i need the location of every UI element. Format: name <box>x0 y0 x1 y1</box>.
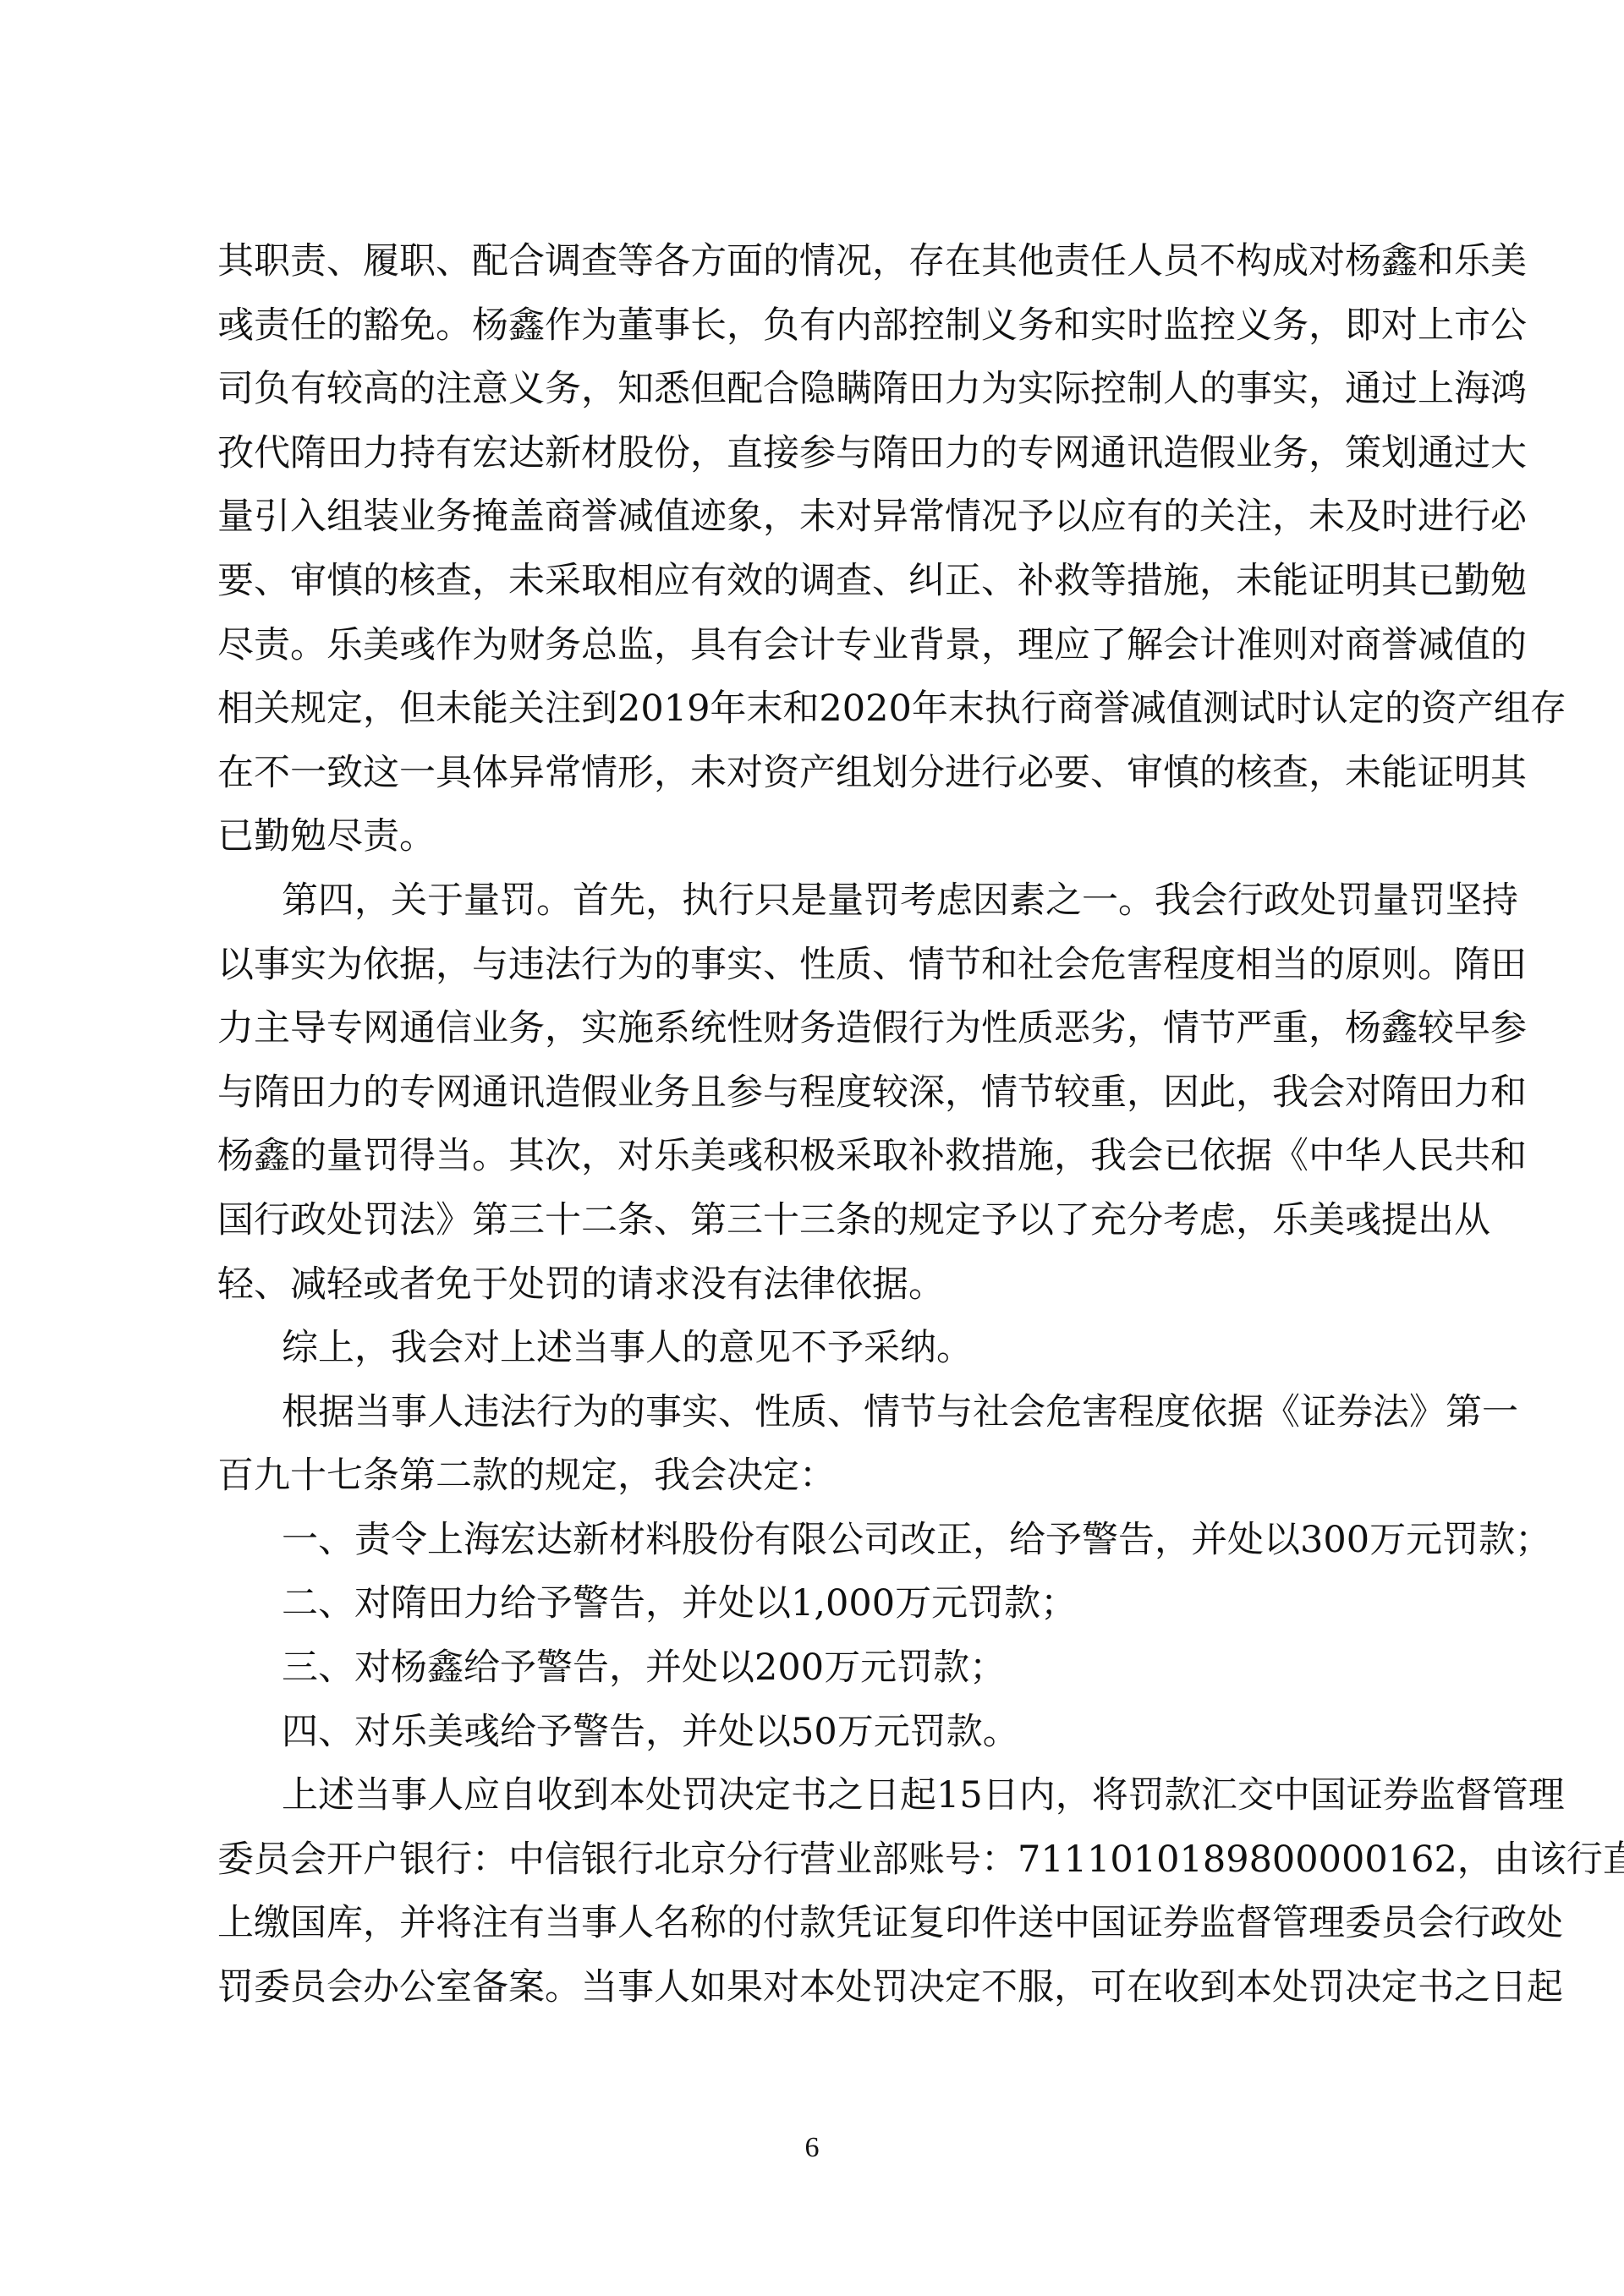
text-line: 力主导专网通信业务，实施系统性财务造假行为性质恶劣，情节严重，杨鑫较早参 <box>217 997 1393 1061</box>
text-line: 委员会开户银行：中信银行北京分行营业部账号：711101018980000016… <box>217 1828 1393 1893</box>
text-line: 第四，关于量罚。首先，执行只是量罚考虑因素之一。我会行政处罚量罚坚持 <box>217 869 1393 934</box>
text-line: 百九十七条第二款的规定，我会决定： <box>217 1444 1393 1509</box>
text-line: 其职责、履职、配合调查等各方面的情况，存在其他责任人员不构成对杨鑫和乐美 <box>217 230 1393 294</box>
decision-item-1: 一、责令上海宏达新材料股份有限公司改正，给予警告，并处以300万元罚款； <box>217 1509 1393 1573</box>
text-line: 罚委员会办公室备案。当事人如果对本处罚决定不服，可在收到本处罚决定书之日起 <box>217 1956 1393 2020</box>
text-line: 轻、减轻或者免于处罚的请求没有法律依据。 <box>217 1253 1393 1318</box>
text-line: 尽责。乐美彧作为财务总监，具有会计专业背景，理应了解会计准则对商誉减值的 <box>217 614 1393 678</box>
decision-item-2: 二、对隋田力给予警告，并处以1,000万元罚款； <box>217 1572 1393 1636</box>
text-line: 杨鑫的量罚得当。其次，对乐美彧积极采取补救措施，我会已依据《中华人民共和 <box>217 1125 1393 1189</box>
text-line: 根据当事人违法行为的事实、性质、情节与社会危害程度依据《证券法》第一 <box>217 1381 1393 1445</box>
decision-item-3: 三、对杨鑫给予警告，并处以200万元罚款； <box>217 1636 1393 1701</box>
text-line: 四、对乐美彧给予警告，并处以50万元罚款。 <box>217 1701 1393 1765</box>
text-line: 孜代隋田力持有宏达新材股份，直接参与隋田力的专网通讯造假业务，策划通过大 <box>217 422 1393 486</box>
paragraph-payment-instructions: 上述当事人应自收到本处罚决定书之日起15日内，将罚款汇交中国证券监督管理委员会开… <box>217 1764 1393 2019</box>
text-line: 三、对杨鑫给予警告，并处以200万元罚款； <box>217 1636 1393 1701</box>
text-line: 上述当事人应自收到本处罚决定书之日起15日内，将罚款汇交中国证券监督管理 <box>217 1764 1393 1828</box>
text-line: 相关规定，但未能关注到2019年末和2020年末执行商誉减值测试时认定的资产组存 <box>217 677 1393 742</box>
paragraph-continuation-responsibility: 其职责、履职、配合调查等各方面的情况，存在其他责任人员不构成对杨鑫和乐美彧责任的… <box>217 230 1393 869</box>
document-page: 其职责、履职、配合调查等各方面的情况，存在其他责任人员不构成对杨鑫和乐美彧责任的… <box>0 0 1624 2296</box>
document-body: 其职责、履职、配合调查等各方面的情况，存在其他责任人员不构成对杨鑫和乐美彧责任的… <box>217 230 1393 2020</box>
text-line: 以事实为依据，与违法行为的事实、性质、情节和社会危害程度相当的原则。隋田 <box>217 934 1393 998</box>
text-line: 综上，我会对上述当事人的意见不予采纳。 <box>217 1317 1393 1381</box>
text-line: 司负有较高的注意义务，知悉但配合隐瞒隋田力为实际控制人的事实，通过上海鸿 <box>217 358 1393 422</box>
text-line: 与隋田力的专网通讯造假业务且参与程度较深，情节较重，因此，我会对隋田力和 <box>217 1061 1393 1126</box>
paragraph-conclusion: 综上，我会对上述当事人的意见不予采纳。 <box>217 1317 1393 1381</box>
text-line: 彧责任的豁免。杨鑫作为董事长，负有内部控制义务和实时监控义务，即对上市公 <box>217 294 1393 359</box>
page-number: 6 <box>0 2127 1624 2169</box>
text-line: 已勤勉尽责。 <box>217 805 1393 869</box>
text-line: 二、对隋田力给予警告，并处以1,000万元罚款； <box>217 1572 1393 1636</box>
paragraph-decision-basis: 根据当事人违法行为的事实、性质、情节与社会危害程度依据《证券法》第一百九十七条第… <box>217 1381 1393 1509</box>
text-line: 一、责令上海宏达新材料股份有限公司改正，给予警告，并处以300万元罚款； <box>217 1509 1393 1573</box>
text-line: 要、审慎的核查，未采取相应有效的调查、纠正、补救等措施，未能证明其已勤勉 <box>217 550 1393 614</box>
text-line: 国行政处罚法》第三十二条、第三十三条的规定予以了充分考虑，乐美彧提出从 <box>217 1189 1393 1253</box>
paragraph-fourth-penalty: 第四，关于量罚。首先，执行只是量罚考虑因素之一。我会行政处罚量罚坚持以事实为依据… <box>217 869 1393 1317</box>
text-line: 量引入组装业务掩盖商誉减值迹象，未对异常情况予以应有的关注，未及时进行必 <box>217 485 1393 550</box>
text-line: 上缴国库，并将注有当事人名称的付款凭证复印件送中国证券监督管理委员会行政处 <box>217 1892 1393 1956</box>
text-line: 在不一致这一具体异常情形，未对资产组划分进行必要、审慎的核查，未能证明其 <box>217 742 1393 806</box>
decision-item-4: 四、对乐美彧给予警告，并处以50万元罚款。 <box>217 1701 1393 1765</box>
